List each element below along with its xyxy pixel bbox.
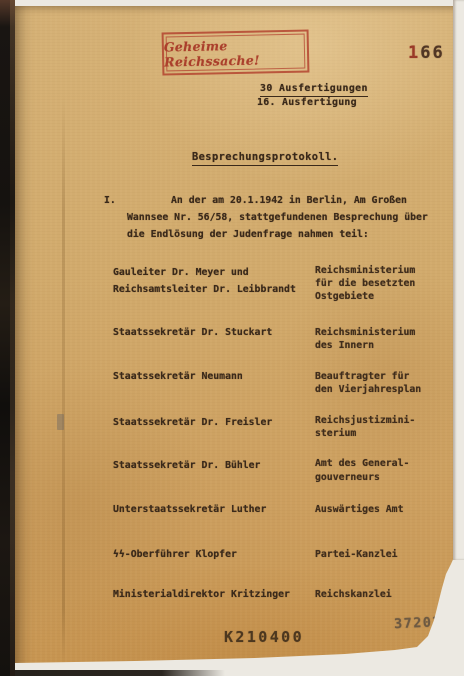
copy-number-line: 16. Ausfertigung: [257, 97, 357, 109]
attendee-name: Staatssekretär Dr. Bühler: [113, 460, 260, 472]
attendee-org: Beauftragter für: [315, 371, 409, 383]
attendee-org: Auswärtiges Amt: [315, 504, 403, 516]
attendee-org: Partei-Kanzlei: [315, 549, 398, 561]
photo-border-bottom: [15, 670, 225, 676]
attendee-org: Ostgebiete: [315, 291, 374, 303]
paper-speck: [57, 414, 64, 430]
attendee-org: des Innern: [315, 340, 374, 352]
attendee-name: Staatssekretär Dr. Stuckart: [113, 327, 272, 339]
paragraph-line: die Endlösung der Judenfrage nahmen teil…: [127, 229, 369, 241]
attendee-org: Reichsjustizmini-: [315, 415, 415, 427]
serial-stamp-center: K210400: [224, 628, 304, 646]
page-number: 166: [408, 43, 445, 63]
attendee-org: für die besetzten: [315, 278, 415, 290]
attendee-name: Staatssekretär Dr. Freisler: [113, 417, 272, 429]
attendee-name: Staatssekretär Neumann: [113, 371, 243, 383]
paper-crease: [62, 96, 65, 666]
section-numeral: I.: [104, 195, 116, 207]
document-title: Besprechungsprotokoll.: [192, 151, 338, 166]
page-number-digits: 66: [420, 43, 444, 63]
attendee-org: gouverneurs: [315, 472, 380, 484]
attendee-name: Ministerialdirektor Kritzinger: [113, 589, 290, 601]
attendee-name: Gauleiter Dr. Meyer und: [113, 267, 249, 279]
page-number-red-digit: 1: [408, 43, 420, 63]
classification-stamp-text: Geheime Reichssache!: [164, 36, 308, 69]
document-page: Geheime Reichssache! 166 30 Ausfertigung…: [15, 6, 454, 670]
attendee-org: Reichsministerium: [315, 327, 415, 339]
attendee-org: Amt des General-: [315, 458, 409, 470]
attendee-org: den Vierjahresplan: [315, 384, 421, 396]
film-edge-left: [0, 0, 15, 676]
attendee-name: Unterstaatssekretär Luther: [113, 504, 266, 516]
attendee-org: Reichskanzlei: [315, 589, 392, 601]
attendee-name: Reichsamtsleiter Dr. Leibbrandt: [113, 284, 296, 296]
copy-count-line: 30 Ausfertigungen: [260, 83, 368, 97]
paragraph-line: Wannsee Nr. 56/58, stattgefundenen Bespr…: [127, 212, 428, 224]
classification-stamp: Geheime Reichssache!: [162, 29, 310, 75]
attendee-name: ϟϟ-Oberführer Klopfer: [113, 549, 237, 561]
document-scan: Geheime Reichssache! 166 30 Ausfertigung…: [0, 0, 464, 676]
photo-border-right: [453, 0, 464, 560]
attendee-org: Reichsministerium: [315, 265, 415, 277]
paragraph-line: An der am 20.1.1942 in Berlin, Am Großen: [171, 195, 407, 207]
photo-border-top: [15, 0, 464, 6]
attendee-org: sterium: [315, 428, 356, 440]
